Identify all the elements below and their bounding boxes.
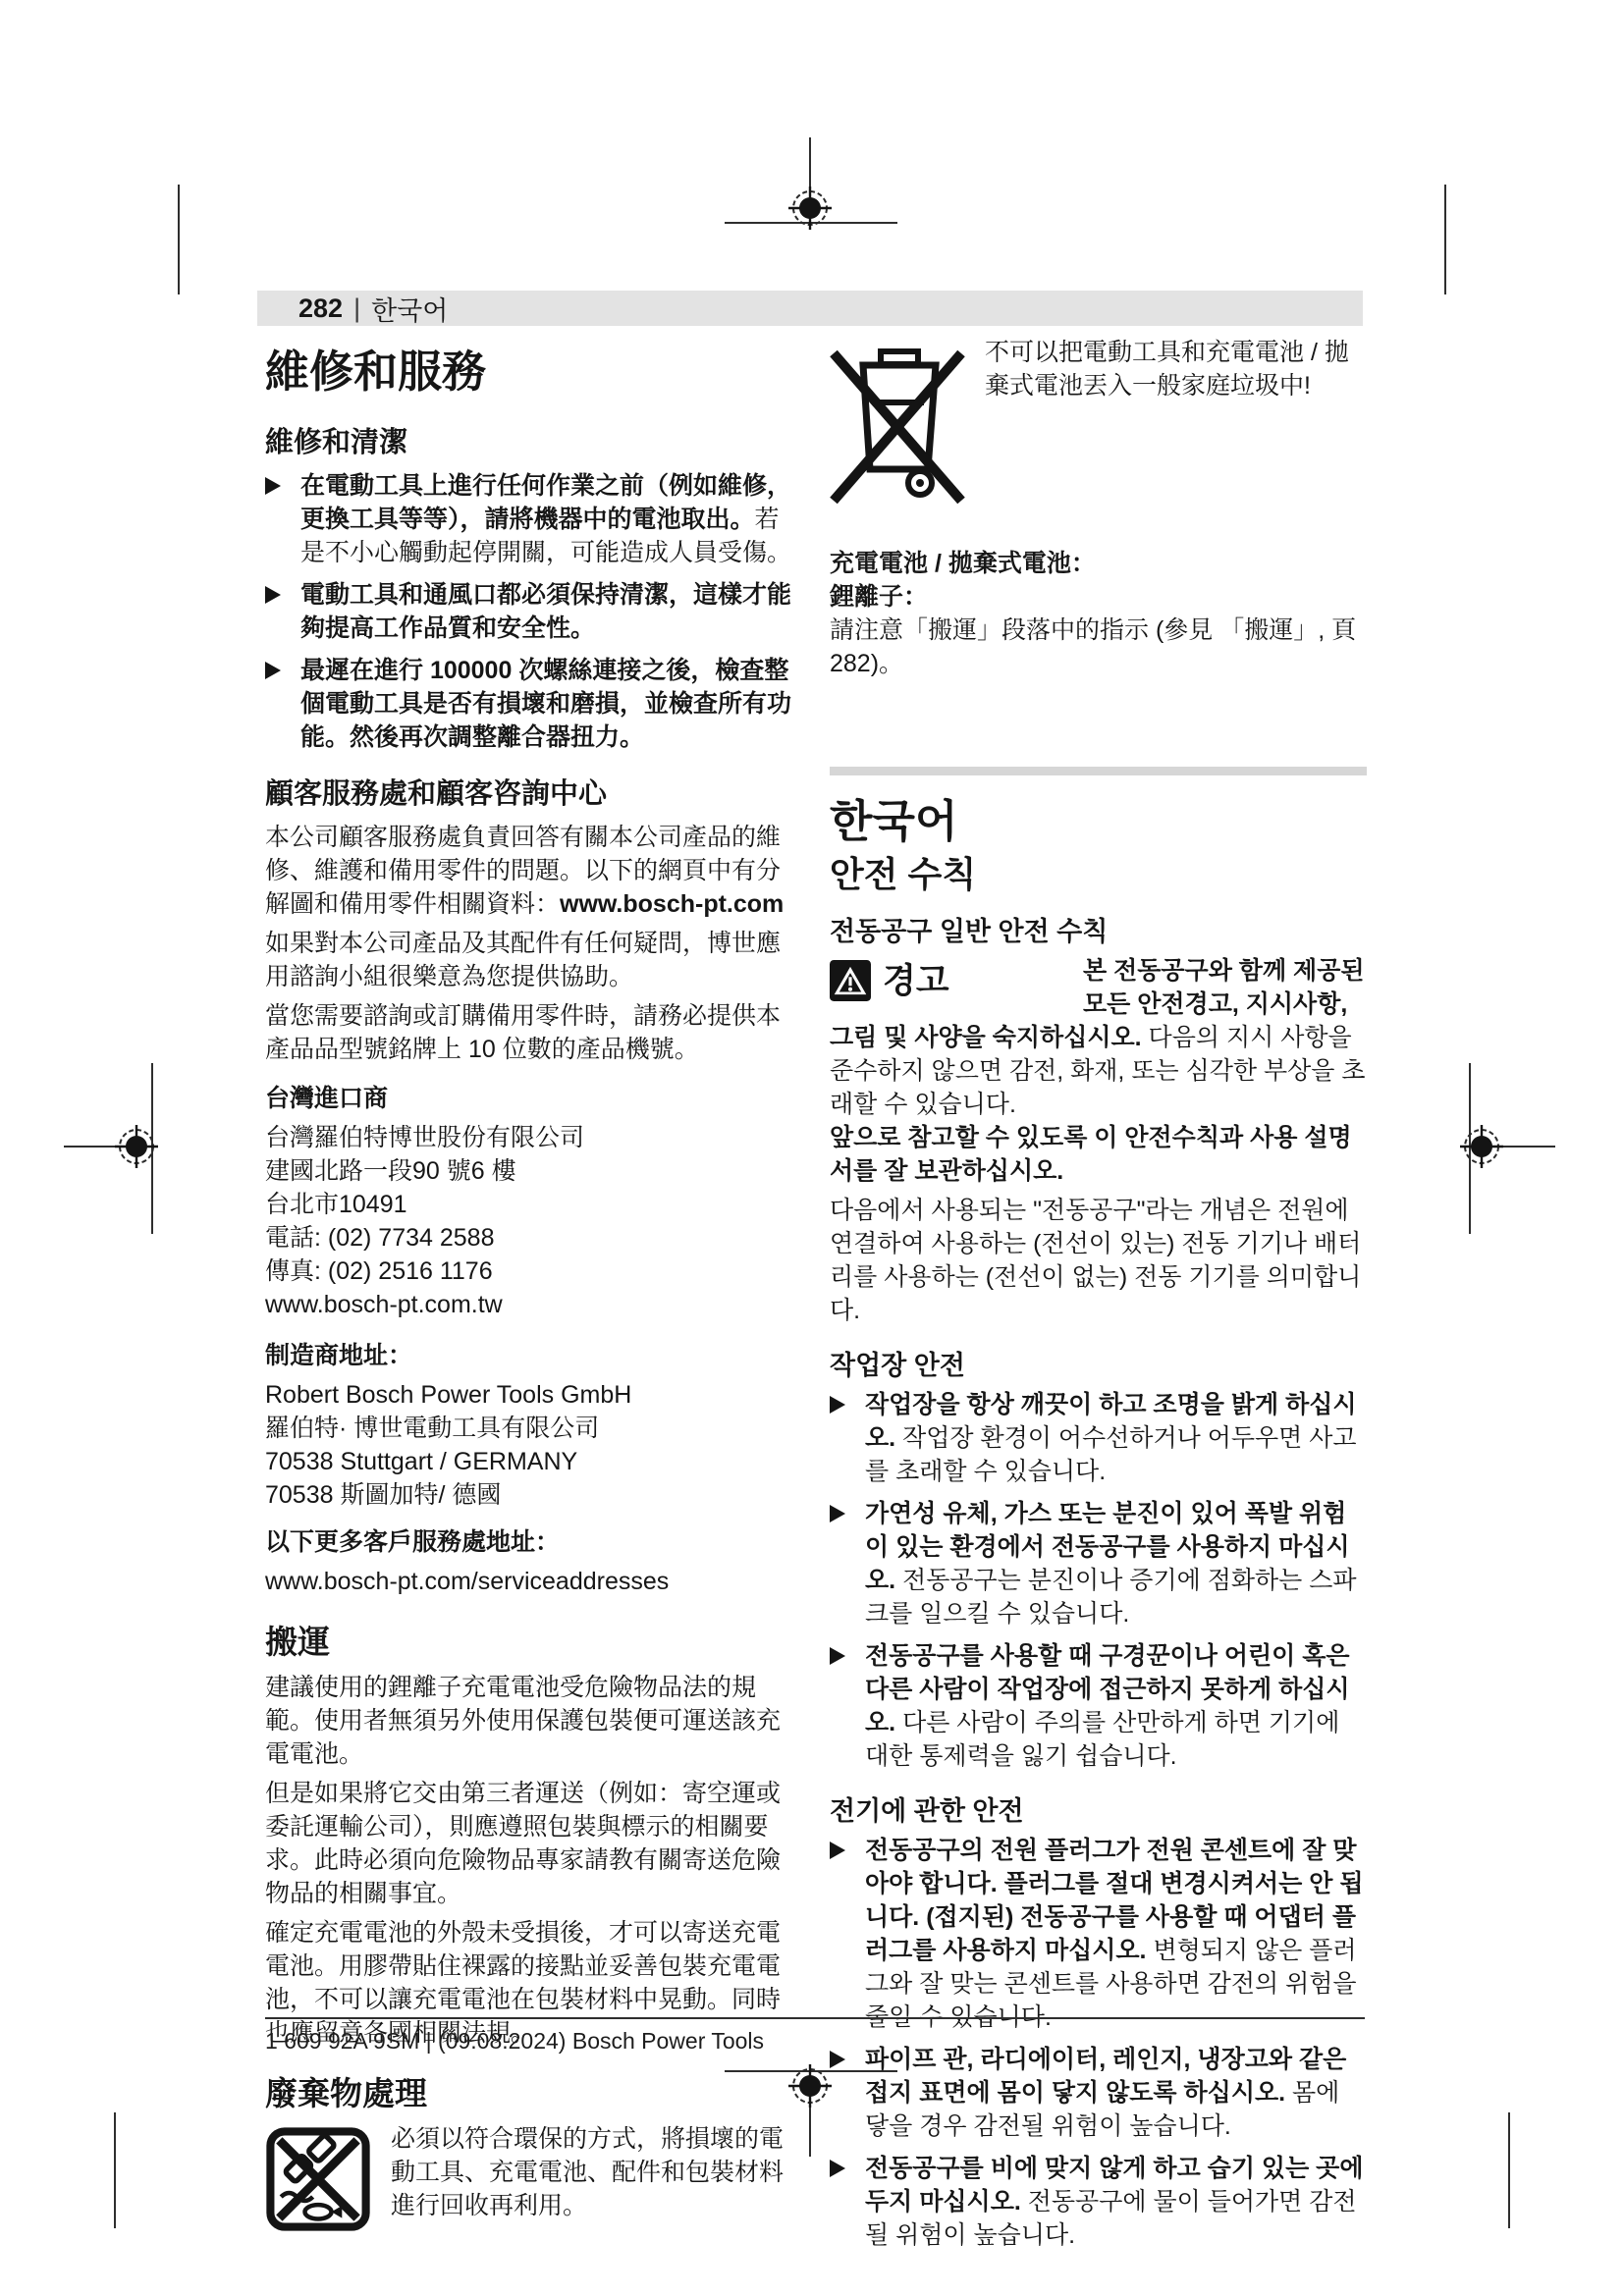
general-safety-heading: 전동공구 일반 안전 수칙: [830, 915, 1367, 948]
manufacturer-line: 70538 Stuttgart / GERMANY: [265, 1445, 791, 1478]
paragraph: 但是如果將它交由第三者運送（例如：寄空運或委託運輸公司），則應遵照包裝與標示的相…: [265, 1777, 791, 1910]
bullet-triangle-icon: [830, 2043, 865, 2143]
bullet-bold-text: 在電動工具上進行任何作業之前（例如維修，更換工具等等），請將機器中的電池取出。: [300, 472, 791, 533]
registration-target-icon-right: [1458, 1123, 1505, 1170]
crop-mark-top-right: [1444, 185, 1446, 294]
importer-line: 台北市10491: [265, 1188, 791, 1221]
list-item: 작업장을 항상 깨끗이 하고 조명을 밝게 하십시오. 작업장 환경이 어수선하…: [830, 1388, 1367, 1488]
bullet-rest-text: 작업장 환경이 어수선하거나 어두우면 사고를 초래할 수 있습니다.: [865, 1424, 1357, 1485]
bullet-triangle-icon: [830, 1639, 865, 1773]
importer-line: 建國北路一段90 號6 樓: [265, 1154, 791, 1188]
electrical-safety-heading: 전기에 관한 안전: [830, 1794, 1367, 1828]
importer-line: 電話: (02) 7734 2588: [265, 1221, 791, 1255]
language-section-divider: [830, 767, 1367, 775]
crop-mark-top-left: [178, 185, 180, 294]
section-disposal: 廢棄物處理: [265, 2077, 791, 2110]
running-header: 282 | 한국어: [257, 291, 1363, 326]
bullet-triangle-icon: [830, 1388, 865, 1488]
list-item: 전동공구를 비에 맞지 않게 하고 습기 있는 곳에 두지 마십시오. 전동공구…: [830, 2152, 1367, 2252]
footer-rule: [265, 2017, 1365, 2019]
workplace-safety-heading: 작업장 안전: [830, 1349, 1367, 1382]
importer-line: 台灣羅伯特博世股份有限公司: [265, 1121, 791, 1154]
bullet-bold-text: 電動工具和通風口都必須保持清潔，這樣才能夠提高工作品質和安全性。: [300, 581, 791, 642]
bullet-rest-text: 다른 사람이 주의를 산만하게 하면 기기에 대한 통제력을 잃기 쉽습니다.: [865, 1709, 1339, 1770]
list-item: 전동공구의 전원 플러그가 전원 콘센트에 잘 맞아야 합니다. 플러그를 절대…: [830, 1834, 1367, 2034]
bullet-triangle-icon: [265, 469, 300, 569]
chapter-title-maintenance-service: 維修和服務: [265, 347, 791, 397]
bosch-pt-url: www.bosch-pt.com: [560, 890, 784, 918]
manufacturer-line: 70538 斯圖加特/ 德國: [265, 1478, 791, 1512]
importer-heading: 台灣進口商: [265, 1082, 791, 1115]
list-item: 在電動工具上進行任何作業之前（例如維修，更換工具等等），請將機器中的電池取出。若…: [265, 469, 791, 569]
right-column: 不可以把電動工具和充電電池 / 拋棄式電池丟入一般家庭垃圾中! 充電電池 / 拋…: [830, 336, 1367, 2261]
safety-rules-title: 안전 수칙: [830, 858, 1367, 891]
li-ion-heading: 鋰離子：: [830, 580, 1367, 614]
no-household-waste-block: 不可以把電動工具和充電電池 / 拋棄式電池丟入一般家庭垃圾中!: [830, 336, 1367, 517]
page-number: 282: [298, 294, 343, 324]
recycle-disposal-icon: [265, 2122, 391, 2241]
section-maintenance-cleaning: 維修和清潔: [265, 426, 791, 459]
crop-mark-bottom-right: [1508, 2112, 1510, 2228]
bullet-bold-text: 파이프 관, 라디에이터, 레인지, 냉장고와 같은 접지 표면에 몸이 닿지 …: [865, 2046, 1346, 2107]
no-household-waste-text: 不可以把電動工具和充電電池 / 拋棄式電池丟入一般家庭垃圾中!: [985, 336, 1367, 517]
bullet-bold-text: 最遲在進行 100000 次螺絲連接之後，檢查整個電動工具是否有損壞和磨損，並檢…: [300, 657, 791, 751]
power-tool-definition: 다음에서 사용되는 "전동공구"라는 개념은 전원에 연결하여 사용하는 (전선…: [830, 1194, 1367, 1327]
service-addresses-url: www.bosch-pt.com/serviceaddresses: [265, 1565, 791, 1598]
warning-word: 경고: [883, 964, 949, 998]
paragraph: 建議使用的鋰離子充電電池受危險物品法的規範。使用者無須另外使用保護包裝便可運送該…: [265, 1671, 791, 1771]
bullet-triangle-icon: [265, 654, 300, 754]
disposal-block: 必須以符合環保的方式，將損壞的電動工具、充電電池、配件和包裝材料進行回收再利用。: [265, 2122, 791, 2241]
manual-page: 282 | 한국어 維修和服務 維修和清潔 在電動工具上進行任何作業之前（例如維…: [0, 0, 1624, 2296]
header-separator: |: [353, 294, 360, 324]
bullet-triangle-icon: [830, 1497, 865, 1630]
battery-transport-note: 請注意「搬運」段落中的指示 (參見 「搬運」, 頁 282)。: [830, 614, 1367, 680]
bullet-triangle-icon: [830, 2152, 865, 2252]
crop-mark-bottom-left: [114, 2112, 116, 2228]
list-item: 전동공구를 사용할 때 구경꾼이나 어린이 혹은 다른 사람이 작업장에 접근하…: [830, 1639, 1367, 1773]
crossed-out-wheelie-bin-icon: [830, 336, 985, 517]
registration-target-icon-left: [113, 1123, 160, 1170]
bullet-triangle-icon: [265, 578, 300, 645]
section-transport: 搬運: [265, 1626, 791, 1659]
disposal-text: 必須以符合環保的方式，將損壞的電動工具、充電電池、配件和包裝材料進行回收再利用。: [391, 2122, 791, 2241]
manufacturer-heading: 制造商地址：: [265, 1339, 791, 1372]
warning-triangle-icon: [830, 960, 871, 1001]
manufacturer-line: 羅伯特· 博世電動工具有限公司: [265, 1412, 791, 1445]
list-item: 파이프 관, 라디에이터, 레인지, 냉장고와 같은 접지 표면에 몸이 닿지 …: [830, 2043, 1367, 2143]
warning-block: 경고 본 전동공구와 함께 제공된 모든 안전경고, 지시사항, 그림 및 사양…: [830, 954, 1367, 1121]
manufacturer-line: Robert Bosch Power Tools GmbH: [265, 1378, 791, 1412]
bullet-rest-text: 전동공구는 분진이나 증기에 점화하는 스파크를 일으킬 수 있습니다.: [865, 1567, 1357, 1628]
header-language-label: 한국어: [371, 290, 448, 328]
list-item: 最遲在進行 100000 次螺絲連接之後，檢查整個電動工具是否有損壞和磨損，並檢…: [265, 654, 791, 754]
battery-types-heading: 充電電池 / 拋棄式電池：: [830, 547, 1367, 580]
paragraph: 本公司顧客服務處負責回答有關本公司產品的維修、維護和備用零件的問題。以下的網頁中…: [265, 821, 791, 921]
left-column: 維修和服務 維修和清潔 在電動工具上進行任何作業之前（例如維修，更換工具等等），…: [265, 347, 791, 2241]
registration-target-icon-top: [786, 185, 834, 232]
list-item: 電動工具和通風口都必須保持清潔，這樣才能夠提高工作品質和安全性。: [265, 578, 791, 645]
paragraph: 如果對本公司產品及其配件有任何疑問，博世應用諮詢小組很樂意為您提供協助。: [265, 927, 791, 993]
more-addresses-heading: 以下更多客戶服務處地址：: [265, 1525, 791, 1559]
language-title-korean: 한국어: [830, 805, 1367, 838]
warning-label-box: 경고: [830, 960, 1067, 1001]
importer-line: 傳真: (02) 2516 1176: [265, 1255, 791, 1288]
bullet-triangle-icon: [830, 1834, 865, 2034]
section-customer-service: 顧客服務處和顧客咨詢中心: [265, 777, 791, 811]
keep-instructions-text: 앞으로 참고할 수 있도록 이 안전수칙과 사용 설명서를 잘 보관하십시오.: [830, 1121, 1367, 1188]
list-item: 가연성 유체, 가스 또는 분진이 있어 폭발 위험이 있는 환경에서 전동공구…: [830, 1497, 1367, 1630]
registration-target-icon-bottom: [786, 2062, 834, 2109]
footer-imprint: 1 609 92A 9SM | (09.08.2024) Bosch Power…: [265, 2028, 764, 2055]
paragraph: 當您需要諮詢或訂購備用零件時，請務必提供本產品品型號銘牌上 10 位數的產品機號…: [265, 999, 791, 1066]
importer-website: www.bosch-pt.com.tw: [265, 1288, 791, 1321]
